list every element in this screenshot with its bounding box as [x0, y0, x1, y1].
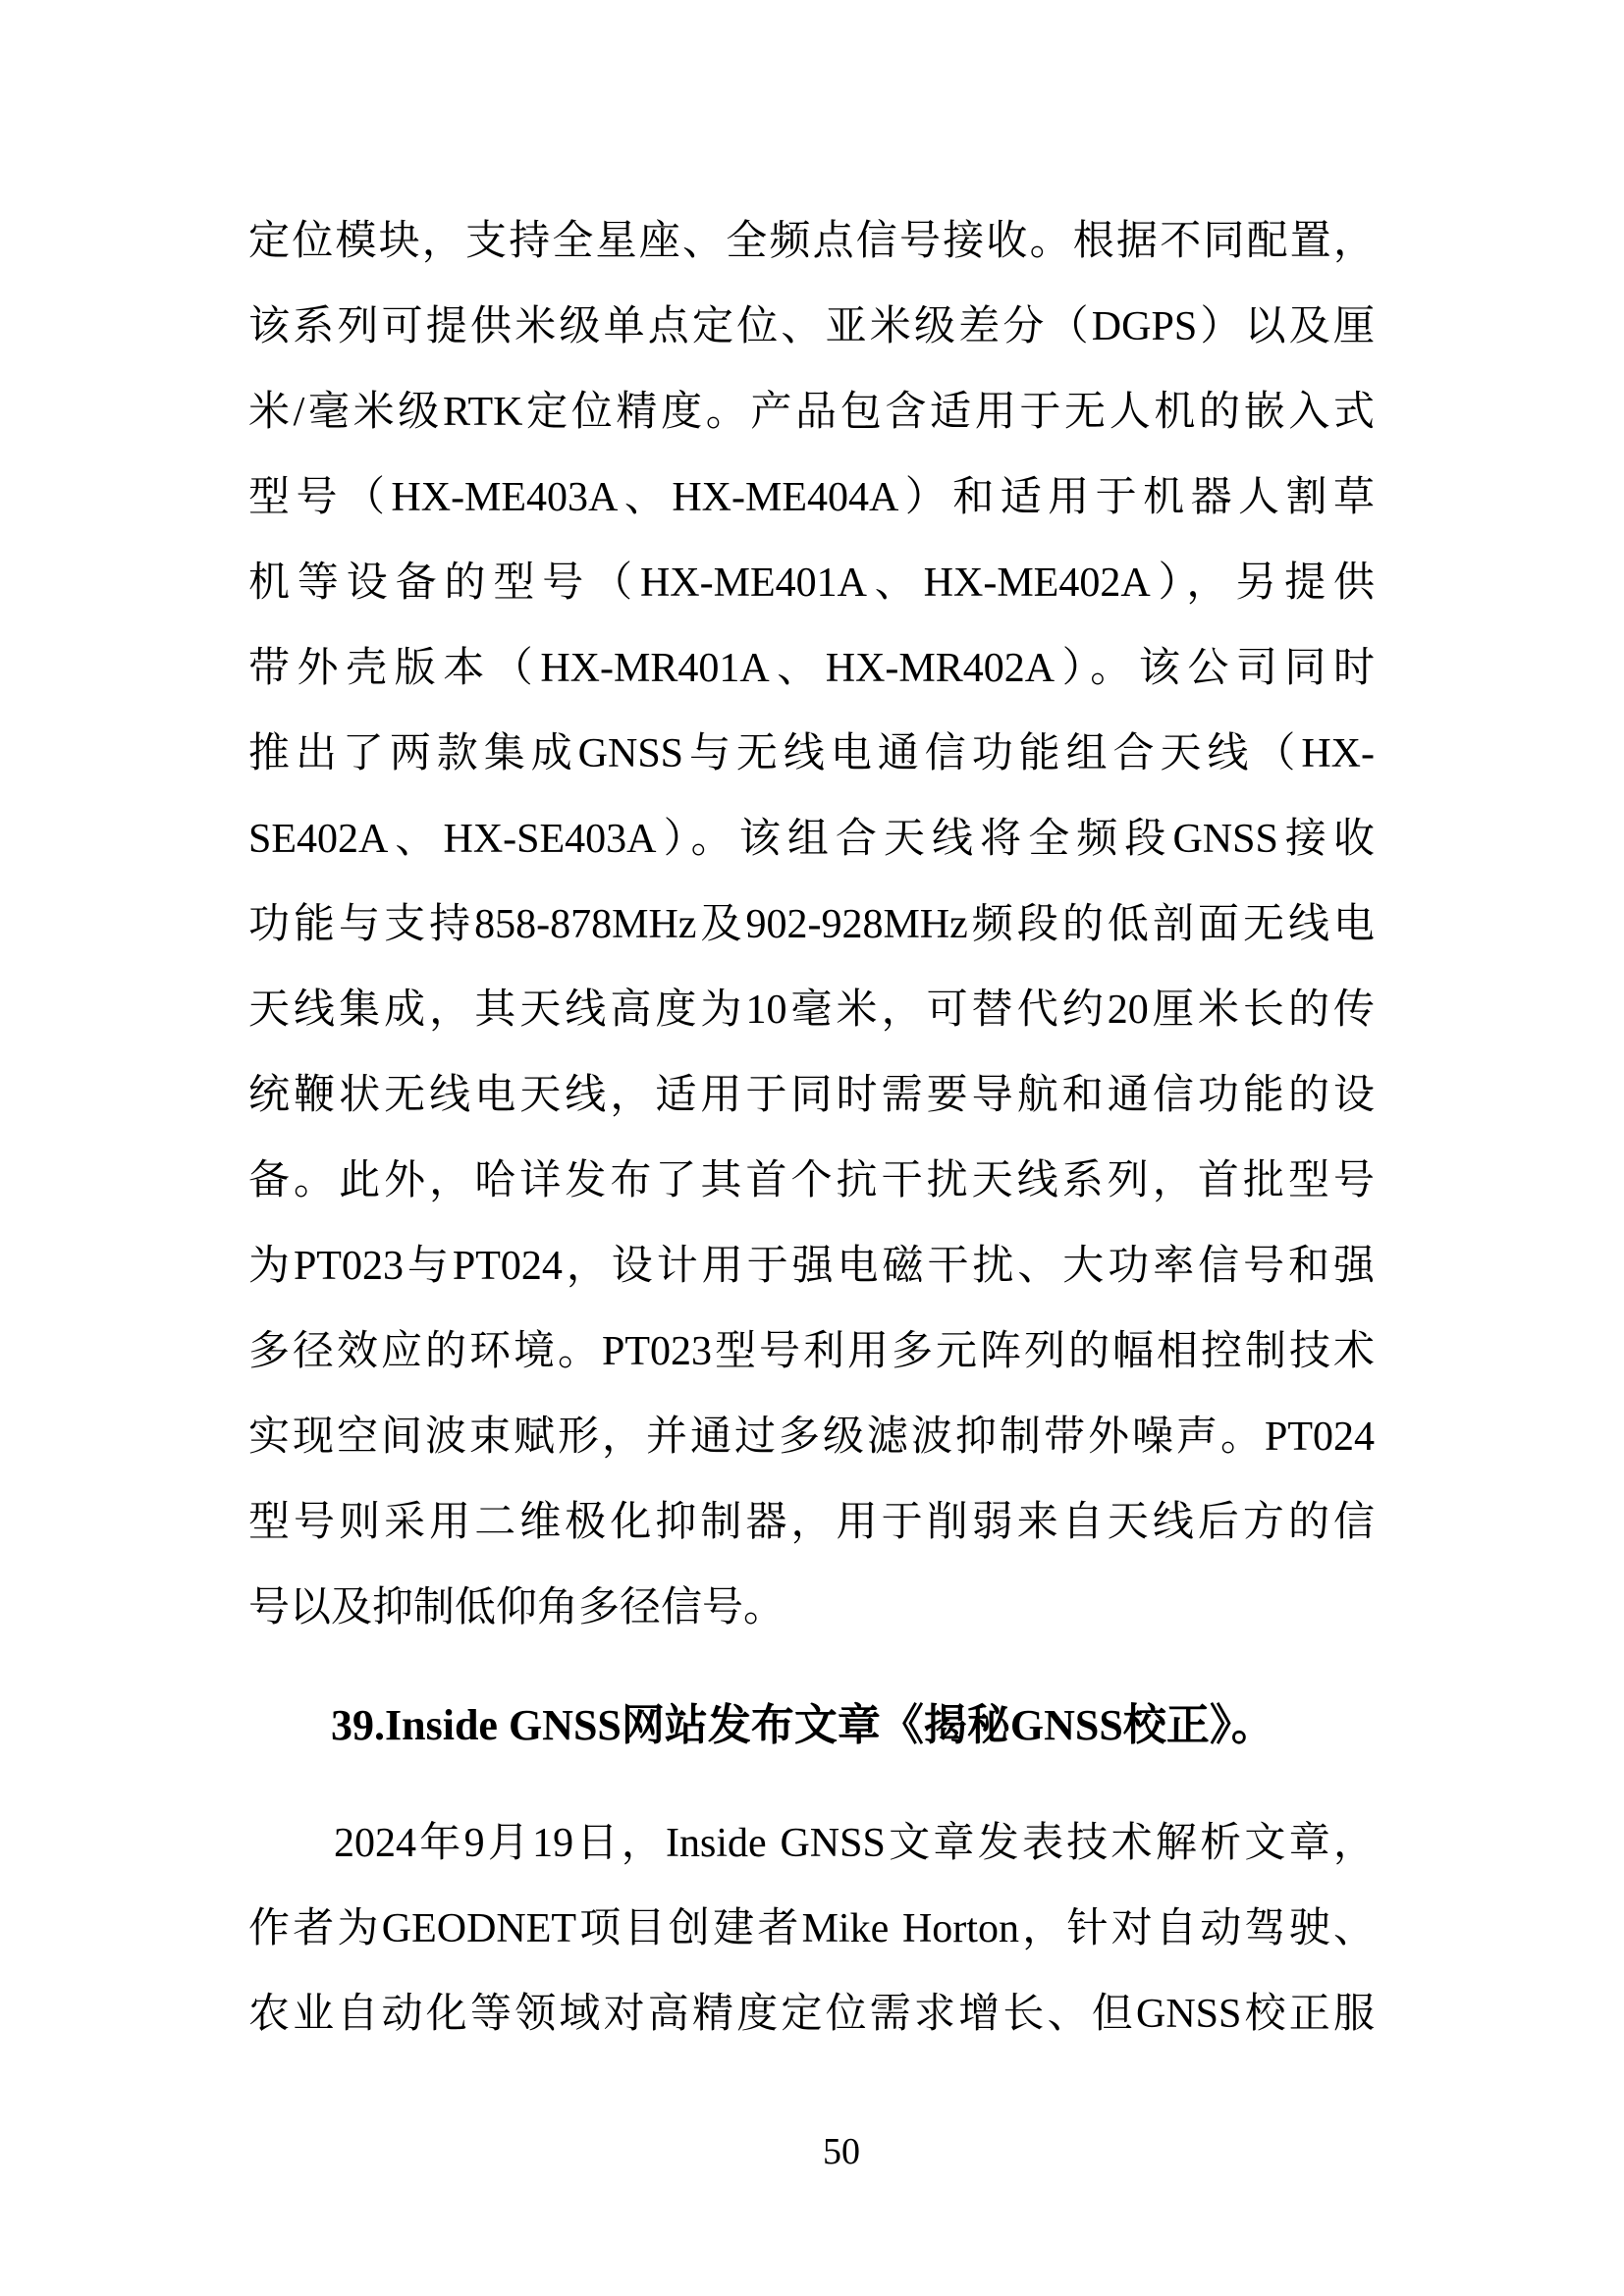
text-block: 定位模块，支持全星座、全频点信号接收。根据不同配置， 该系列可提供米级单点定位、… [248, 199, 1375, 2057]
page-number: 50 [0, 2132, 1624, 2171]
section-heading: 39.Inside GNSS网站发布文章《揭秘GNSS校正》。 [248, 1682, 1375, 1768]
body-line: 2024年9月19日，Inside GNSS文章发表技术解析文章， [248, 1801, 1375, 1887]
body-line: 该系列可提供米级单点定位、亚米级差分（DGPS）以及厘 [248, 285, 1375, 370]
body-line: 统鞭状无线电天线，适用于同时需要导航和通信功能的设 [248, 1053, 1375, 1139]
body-line: 带外壳版本（HX-MR401A、HX-MR402A）。该公司同时 [248, 626, 1375, 712]
document-page: 定位模块，支持全星座、全频点信号接收。根据不同配置， 该系列可提供米级单点定位、… [0, 0, 1624, 2296]
paragraph-body: 定位模块，支持全星座、全频点信号接收。根据不同配置， 该系列可提供米级单点定位、… [248, 199, 1375, 1651]
body-line: 实现空间波束赋形，并通过多级滤波抑制带外噪声。PT024 [248, 1395, 1375, 1480]
body-line: 多径效应的环境。PT023型号利用多元阵列的幅相控制技术 [248, 1309, 1375, 1395]
body-line: 型号则采用二维极化抑制器，用于削弱来自天线后方的信 [248, 1480, 1375, 1566]
body-line: 功能与支持858-878MHz及902-928MHz频段的低剖面无线电 [248, 882, 1375, 968]
body-line: 作者为GEODNET项目创建者Mike Horton，针对自动驾驶、 [248, 1887, 1375, 1972]
body-line: SE402A、HX-SE403A）。该组合天线将全频段GNSS接收 [248, 797, 1375, 882]
body-line: 推出了两款集成GNSS与无线电通信功能组合天线（HX- [248, 712, 1375, 797]
body-line: 备。此外，哈详发布了其首个抗干扰天线系列，首批型号 [248, 1139, 1375, 1224]
body-line: 天线集成，其天线高度为10毫米，可替代约20厘米长的传 [248, 968, 1375, 1053]
body-line: 米/毫米级RTK定位精度。产品包含适用于无人机的嵌入式 [248, 370, 1375, 455]
body-line: 型号（HX-ME403A、HX-ME404A）和适用于机器人割草 [248, 455, 1375, 541]
body-line: 机等设备的型号（HX-ME401A、HX-ME402A），另提供 [248, 541, 1375, 626]
body-line: 农业自动化等领域对高精度定位需求增长、但GNSS校正服 [248, 1972, 1375, 2057]
body-line: 定位模块，支持全星座、全频点信号接收。根据不同配置， [248, 199, 1375, 285]
paragraph-body: 2024年9月19日，Inside GNSS文章发表技术解析文章， 作者为GEO… [248, 1801, 1375, 2057]
body-line: 号以及抑制低仰角多径信号。 [248, 1566, 1375, 1651]
body-line: 为PT023与PT024，设计用于强电磁干扰、大功率信号和强 [248, 1224, 1375, 1309]
